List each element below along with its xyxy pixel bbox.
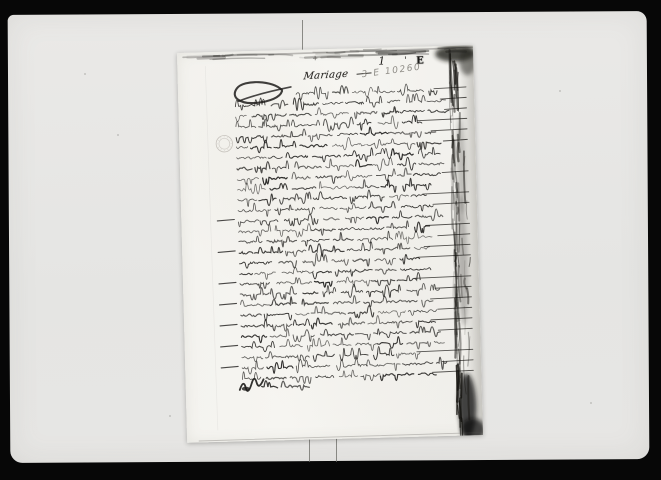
handwriting-word [400,254,420,264]
handwriting-word [366,96,382,107]
handwriting-word [255,272,276,280]
handwriting-word [237,156,267,159]
handwriting-word [419,162,444,165]
top-edge-smudge [335,51,358,52]
handwriting-word [241,319,275,331]
archive-stamp-text-dot [218,140,219,141]
handwriting-word [353,259,370,267]
handwriting-word [267,360,293,373]
handwriting-word [406,93,425,102]
handwriting-word [338,133,358,136]
paragraph-dash [221,345,238,346]
handwriting-word [429,90,437,95]
microfilm-frame: + Mariage 1 ' E 3 E 10260 [0,0,661,480]
top-edge-smudge [321,57,340,58]
archive-stamp-text-dot [227,137,228,138]
handwriting-word [355,111,377,118]
handwriting-word [361,374,380,381]
handwriting-word [295,207,315,214]
handwriting-word [333,232,353,241]
handwriting-word [380,373,414,381]
handwriting-word [271,129,306,138]
handwriting-word [303,253,327,266]
handwriting-word [366,359,383,366]
handwriting-word [277,277,312,284]
handwriting-word [413,173,440,176]
handwriting-word [240,282,270,289]
binding-edge-stroke [458,183,459,220]
handwriting-word [333,337,351,345]
handwriting-word [239,261,271,268]
handwriting-word [268,156,282,159]
handwriting-word [370,227,384,229]
archive-stamp-text-dot [230,140,231,141]
handwriting-word [374,86,395,93]
handwriting-word [407,341,431,349]
handwriting-word [292,187,316,190]
handwriting-word [313,351,334,362]
heading-label: Mariage [303,69,349,83]
handwriting-word [315,107,348,119]
handwriting-word [240,287,269,300]
handwriting-word [276,324,292,331]
handwriting-word [402,115,422,124]
handwriting-word [238,203,271,217]
binding-edge-stroke [461,373,463,397]
archive-stamp-text-dot [224,137,225,138]
handwriting-word [275,205,294,215]
handwriting-word [332,259,349,265]
handwriting-word [279,192,311,204]
handwriting-word [400,110,424,113]
handwriting-word [311,306,346,316]
handwriting-word [357,231,392,243]
handwriting-word [401,205,433,212]
handwriting-word [338,317,364,328]
handwriting-word [389,195,408,201]
handwriting-word [339,370,357,377]
handwriting-word [375,243,410,254]
handwriting-word [296,359,330,373]
dust-speck [590,402,592,404]
handwriting-word [236,146,247,148]
handwriting-word [295,161,322,169]
folio-mark-1: 1 [378,54,385,67]
handwriting-word [286,250,306,257]
binding-edge-stroke [454,95,455,112]
handwriting-word [264,313,292,321]
handwriting-word [381,180,396,193]
handwriting-word [238,199,257,207]
handwriting-word [411,194,427,196]
dust-speck [169,415,171,417]
handwriting-word [293,319,309,326]
binding-edge-stroke [452,136,453,148]
handwriting-word [427,99,446,102]
handwriting-word [242,361,263,374]
handwriting-word [347,242,373,252]
heading-cross-mark: + [312,54,318,62]
handwriting-word [262,381,278,389]
handwriting-word [293,97,318,110]
dust-speck [559,90,561,92]
handwriting-word [345,217,364,223]
handwriting-word [263,177,288,185]
handwriting-word [237,167,252,170]
binding-edge-stroke [455,193,456,205]
handwriting-word [267,236,297,247]
handwriting-word [259,194,277,206]
handwriting-word [293,330,315,342]
handwriting-word [240,299,269,306]
archive-stamp-text-dot [227,149,228,150]
handwriting-word [236,136,267,144]
handwriting-word [313,271,332,279]
handwriting-word [348,306,374,318]
handwriting-word [368,201,395,213]
handwriting-word [270,183,287,190]
film-thread [336,437,337,462]
handwriting-word [418,373,436,376]
handwriting-word [397,84,423,96]
handwriting-word [320,329,353,341]
handwriting-word [356,343,378,351]
archive-stamp-text-dot [230,147,231,148]
handwriting-word [387,221,409,229]
handwriting-word [302,239,330,246]
archive-stamp [216,135,233,152]
paragraph-dash [220,303,237,304]
handwriting-word [408,310,437,316]
handwriting-word [382,107,399,117]
archive-stamp-text-dot [231,143,232,144]
handwriting-word [280,339,303,347]
binding-edge-stroke [456,225,457,250]
handwriting-word [282,267,314,274]
handwriting-word [279,261,297,268]
handwriting-word [410,326,441,337]
paragraph-dash [219,282,236,283]
handwriting-word [239,236,262,243]
handwriting-word [303,292,318,294]
handwriting-word [372,157,393,170]
handwriting-word [414,247,430,250]
handwriting-word [397,273,420,281]
film-thread [309,436,310,462]
handwriting-word [428,109,449,113]
handwriting-word [387,100,399,103]
handwriting-word [242,371,261,380]
handwriting-word [332,137,365,150]
handwriting-word [323,117,353,131]
archive-stamp-text-dot [218,147,219,148]
binding-edge-stroke [459,113,461,138]
handwriting-word [300,144,327,147]
handwriting-canvas [177,45,483,443]
handwriting-word [296,313,309,315]
handwriting-word [236,115,247,121]
handwriting-word [396,352,420,359]
handwriting-word [336,358,367,370]
handwriting-word [237,178,258,185]
handwriting-word [367,139,395,149]
handwriting-word [355,179,379,188]
handwriting-word [237,182,265,194]
paragraph-dash [221,366,238,367]
handwriting-word [316,375,334,378]
archive-stamp-text-dot [217,143,218,144]
handwriting-word [422,300,433,307]
handwriting-word [367,216,389,224]
paragraph-dash [220,324,237,325]
handwriting-word [252,114,286,122]
handwriting-word [308,134,332,142]
handwriting-word [407,283,426,296]
handwriting-word [238,224,270,237]
handwriting-word [384,363,400,371]
handwriting-word [286,152,308,158]
handwriting-word [385,321,412,329]
dust-speck [84,73,86,75]
handwriting-word [345,101,363,104]
handwriting-word [270,286,296,299]
initial-flourish [238,87,291,101]
handwriting-word [284,214,318,226]
manuscript-page: + Mariage 1 ' E 3 E 10260 [177,45,483,443]
handwriting-word [241,314,262,317]
handwriting-word [355,159,371,167]
archive-stamp-text-dot [220,138,221,139]
handwriting-word [341,284,363,297]
top-edge-smudge [187,58,196,59]
top-edge-smudge [269,54,292,56]
handwriting-word [313,191,346,200]
handwriting-word [377,337,402,349]
top-edge-smudge [313,52,327,53]
handwriting-word [373,328,406,338]
handwriting-word [344,170,372,181]
line-filler-dash [417,349,473,351]
handwriting-word [292,172,310,180]
handwriting-word [332,86,348,94]
handwriting-word [364,300,383,307]
handwriting-word [290,113,312,116]
handwriting-word [355,333,370,340]
handwriting-word [335,269,372,276]
handwriting-word [309,243,345,257]
top-edge-smudge [222,55,233,56]
handwriting-word [338,227,368,230]
handwriting-word [314,281,332,287]
handwriting-word [392,210,412,218]
handwriting-word [296,86,328,100]
paragraph-dash [217,219,234,220]
archive-stamp-text-dot [221,149,222,150]
handwriting-word [366,285,400,298]
handwriting-word [239,252,253,255]
handwriting-word [265,351,284,358]
handwriting-word [302,299,328,305]
archive-stamp-text-dot [224,150,225,151]
paragraph-dash [218,251,235,252]
handwriting-word [319,181,354,190]
handwriting-word [242,341,275,352]
handwriting-word [250,140,271,153]
handwriting-word [324,218,340,221]
handwriting-word [434,341,444,343]
handwriting-word [255,162,270,173]
handwriting-word [417,142,441,150]
handwriting-word [311,318,332,329]
handwriting-word [266,377,286,380]
binding-edge-stroke [456,371,458,402]
handwriting-word [403,178,432,191]
handwriting-word [371,280,395,286]
archive-stamp [219,138,230,149]
handwriting-word [340,348,369,361]
handwriting-word [350,190,385,204]
handwriting-word [311,228,335,235]
handwriting-word [323,102,343,105]
dust-speck [117,134,119,136]
handwriting-word [403,362,433,365]
top-edge-smudge [316,53,339,55]
binding-edge-stroke [456,183,457,192]
handwriting-word [242,356,263,362]
handwriting-word [360,127,388,136]
handwriting-word [290,376,311,384]
handwriting-word [430,284,439,290]
handwriting-word [272,161,289,173]
handwriting-word [388,131,421,138]
handwriting-word [375,269,396,275]
handwriting-word [400,268,430,271]
handwriting-word [291,119,319,127]
handwriting-word [240,273,253,275]
film-thread [302,20,303,53]
binding-edge-stroke [457,207,458,213]
top-edge-smudge [364,49,382,50]
handwriting-word [391,148,413,160]
handwriting-word [375,148,391,159]
handwriting-word [378,116,398,130]
handwriting-word [271,100,288,109]
handwriting-word [352,87,373,97]
handwriting-word [238,220,258,227]
handwriting-word [378,310,405,317]
handwriting-word [436,357,447,369]
handwriting-word [425,132,436,134]
handwriting-word [397,168,411,176]
handwriting-word [368,315,385,324]
handwriting-word [312,155,340,162]
handwriting-word [415,209,443,221]
handwriting-word [325,158,353,171]
handwriting-word [320,207,337,210]
handwriting-word [394,143,415,150]
page-crease [205,66,218,430]
handwriting-word [254,246,282,253]
handwriting-word [395,230,432,244]
handwriting-word [375,258,396,265]
handwriting-word [333,296,360,304]
handwriting-word [274,139,296,148]
handwriting-word [383,296,417,303]
handwriting-word [340,203,366,212]
